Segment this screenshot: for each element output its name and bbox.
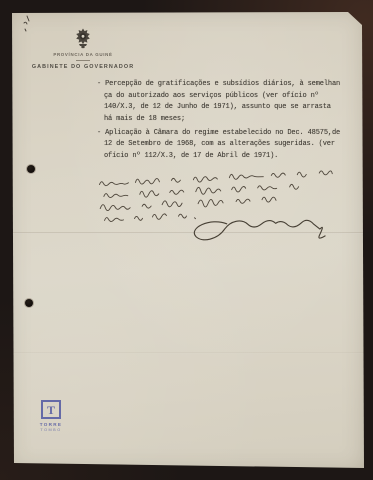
- signature: [194, 218, 325, 241]
- paper-sheet: PROVÍNCIA DA GUINÉ GABINETE DO GOVERNADO…: [0, 0, 373, 480]
- stamp-label-bottom: TOMBO: [37, 428, 65, 432]
- archive-stamp: T TORRE TOMBO: [37, 400, 65, 432]
- stamp-label-top: TORRE: [37, 422, 65, 427]
- stamp-monogram: T: [41, 400, 61, 419]
- pencil-marks: [24, 16, 29, 31]
- scanned-document: PROVÍNCIA DA GUINÉ GABINETE DO GOVERNADO…: [0, 0, 373, 480]
